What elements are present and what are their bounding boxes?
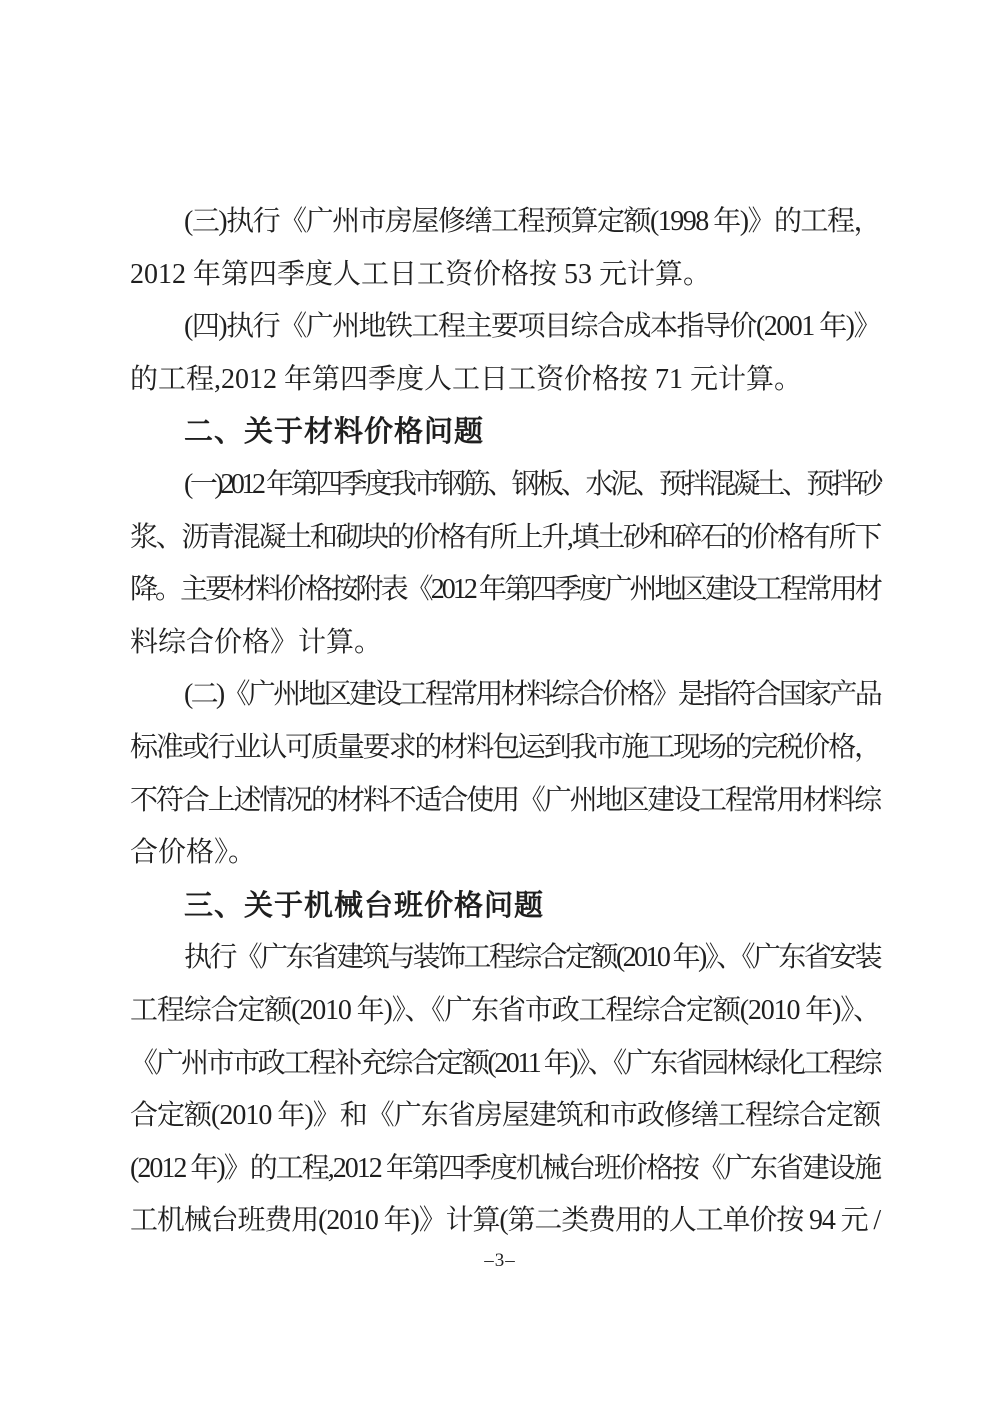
text-line: 不符合上述情况的材料不适合使用《广州地区建设工程常用材料综	[130, 775, 880, 828]
text-line: 2012 年第四季度人工日工资价格按 53 元计算。	[130, 249, 880, 302]
line-text: 《广州市市政工程补充综合定额(2011 年)》、《广东省园林绿化工程综	[130, 1048, 880, 1079]
section-heading: 三、关于机械台班价格问题	[130, 880, 880, 933]
text-line: 标准或行业认可质量要求的材料包运到我市施工现场的完税价格，	[130, 722, 880, 775]
document-content: (三)执行《广州市房屋修缮工程预算定额(1998 年)》的工程，2012 年第四…	[130, 196, 880, 1248]
text-line: 执行《广东省建筑与装饰工程综合定额(2010 年)》、《广东省安装	[130, 932, 880, 985]
line-text: 合定额(2010 年)》和《广东省房屋建筑和市政修缮工程综合定额	[130, 1100, 880, 1131]
text-line: 浆、沥青混凝土和砌块的价格有所上升,填土砂和碎石的价格有所下	[130, 512, 880, 565]
text-line: 工机械台班费用(2010 年)》计算(第二类费用的人工单价按 94 元 /	[130, 1195, 880, 1248]
text-line: 降。主要材料价格按附表《2012 年第四季度广州地区建设工程常用材	[130, 564, 880, 617]
line-text: (四)执行《广州地铁工程主要项目综合成本指导价(2001 年)》	[184, 311, 880, 342]
text-line: (二)《广州地区建设工程常用材料综合价格》是指符合国家产品	[130, 669, 880, 722]
text-line: 料综合价格》计算。	[130, 617, 880, 670]
text-line: (2012 年)》的工程,2012 年第四季度机械台班价格按《广东省建设施	[130, 1143, 880, 1196]
page-footer: –3–	[0, 1250, 1000, 1272]
line-text: 浆、沥青混凝土和砌块的价格有所上升,填土砂和碎石的价格有所下	[130, 522, 880, 553]
line-text: 2012 年第四季度人工日工资价格按 53 元计算。	[130, 259, 711, 290]
line-text: 合价格》。	[130, 837, 256, 868]
document-page: (三)执行《广州市房屋修缮工程预算定额(1998 年)》的工程，2012 年第四…	[0, 0, 1000, 1417]
line-text: 不符合上述情况的材料不适合使用《广州地区建设工程常用材料综	[130, 785, 880, 816]
text-line: 工程综合定额(2010 年)》、《广东省市政工程综合定额(2010 年)》、	[130, 985, 880, 1038]
line-text: 二、关于材料价格问题	[184, 416, 484, 448]
line-text: 三、关于机械台班价格问题	[184, 890, 544, 922]
text-line: 《广州市市政工程补充综合定额(2011 年)》、《广东省园林绿化工程综	[130, 1038, 880, 1091]
line-text: 执行《广东省建筑与装饰工程综合定额(2010 年)》、《广东省安装	[184, 942, 880, 973]
line-text: 工程综合定额(2010 年)》、《广东省市政工程综合定额(2010 年)》、	[130, 995, 880, 1026]
text-line: 合价格》。	[130, 827, 880, 880]
line-text: 标准或行业认可质量要求的材料包运到我市施工现场的完税价格，	[130, 732, 880, 763]
text-line: (四)执行《广州地铁工程主要项目综合成本指导价(2001 年)》	[130, 301, 880, 354]
line-text: 工机械台班费用(2010 年)》计算(第二类费用的人工单价按 94 元 /	[130, 1205, 880, 1236]
line-text: 降。主要材料价格按附表《2012 年第四季度广州地区建设工程常用材	[130, 574, 880, 605]
line-text: (一)2012 年第四季度我市钢筋、钢板、水泥、预拌混凝土、预拌砂	[184, 469, 880, 500]
line-text: 料综合价格》计算。	[130, 627, 382, 658]
page-number: –3–	[484, 1250, 516, 1271]
line-text: 的工程,2012 年第四季度人工日工资价格按 71 元计算。	[130, 364, 802, 395]
line-text: (2012 年)》的工程,2012 年第四季度机械台班价格按《广东省建设施	[130, 1153, 880, 1184]
line-text: (二)《广州地区建设工程常用材料综合价格》是指符合国家产品	[184, 679, 880, 710]
text-line: (三)执行《广州市房屋修缮工程预算定额(1998 年)》的工程，	[130, 196, 880, 249]
text-line: (一)2012 年第四季度我市钢筋、钢板、水泥、预拌混凝土、预拌砂	[130, 459, 880, 512]
text-line: 合定额(2010 年)》和《广东省房屋建筑和市政修缮工程综合定额	[130, 1090, 880, 1143]
line-text: (三)执行《广州市房屋修缮工程预算定额(1998 年)》的工程，	[184, 206, 880, 237]
section-heading: 二、关于材料价格问题	[130, 406, 880, 459]
text-line: 的工程,2012 年第四季度人工日工资价格按 71 元计算。	[130, 354, 880, 407]
